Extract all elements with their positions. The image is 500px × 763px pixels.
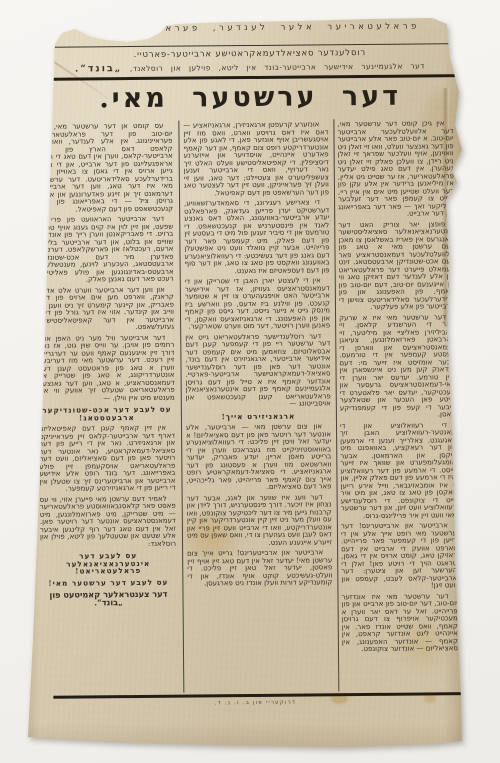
paragraph: אונזערע קרעפטן ארגאניזירן, ארגאניזאציע —…: [183, 121, 329, 197]
paragraph: אין די לעצטע יארן האבן די שטרייקן און די…: [185, 277, 330, 331]
slogan-line: עס לעבע דער אינטערנאציאנאלער פראלעטאריאט…: [40, 552, 176, 576]
signature-line: דער צענטראלער קאמיטעט פון „בונד“.: [40, 591, 176, 607]
paragraph: און ווען דער ארבייטער ווערט אלט אדער קרא…: [38, 286, 174, 332]
slogan-line: עס לעבע דער אכט-שטונדיקער ארבעטסטאג!: [39, 406, 175, 422]
paragraph: דער ערשטער מאי איז א שרעק פאר די הערשנדע…: [339, 314, 456, 420]
imprint-line: דרוקעריי פון ב. ו. נ. ד.: [155, 699, 355, 707]
masthead-slogan: פראלעטאריער אלער לענדער, פעראייניגט אייך…: [40, 21, 460, 35]
paragraph: עס קומט אן דער ערשטער מאי, דער יום-טוב פ…: [36, 123, 173, 214]
paragraph: פופצן יאר צוריק האט דער אינטערנאציאנאלער…: [338, 221, 455, 312]
paragraph: אין גיכן קומט דער ערשטער מאי, דער אלוועל…: [337, 120, 454, 219]
paragraph: דער ארבייטער האראוועט פון פרי ביז שפעט, …: [37, 216, 174, 285]
paragraph: דער וועג איז שווער און לאנג, אבער דער נצ…: [187, 494, 332, 548]
slogan-line: ארגאניזירט אייך!: [186, 412, 331, 421]
slogan-line: עס לעבע דער ערשטער מאי!: [40, 578, 176, 587]
column-left: עס קומט אן דער ערשטער מאי, דער יום-טוב פ…: [36, 123, 177, 694]
paragraph: ארבייטער און ארבייטערינס! דער ערשטער מאי…: [341, 522, 458, 591]
paragraph: די צארישע רעגירונג, די סאמאדערזשאוויע, ד…: [184, 199, 330, 275]
masthead-org-line: דער אלגעמיינער אידישער ארבייטער-בונד אין…: [38, 60, 462, 75]
paragraph: און צום ערשטן מאי — ארבייטער, אלע אונטער…: [186, 423, 332, 492]
column-center: אונזערע קרעפטן ארגאניזירן, ארגאניזאציע —…: [183, 121, 333, 692]
column-right: אין גיכן קומט דער ערשטער מאי, דער אלוועל…: [337, 120, 458, 691]
masthead-org-text: דער אלגעמיינער אידישער ארבייטער-בונד אין…: [130, 61, 425, 73]
masthead-party-line: רוסלענדער סאציאלדעמאקראטישע ארבייטער-פאר…: [60, 47, 440, 60]
paper-sheet: פראלעטאריער אלער לענדער, פעראייניגט אייך…: [0, 0, 500, 763]
paragraph: דער ארבייטער וויל מער ניט האפן אויף רחמי…: [38, 334, 175, 403]
paragraph: לאמיר דעם ערשטן מאי פייערן אזוי, ווי עס …: [40, 495, 176, 549]
masthead-org-name: „בונד“.: [75, 63, 122, 74]
paragraph: ארבייטער און ארבייטערינס! גרייט אייך צום…: [187, 549, 332, 588]
paragraph: די רעוואלוציע און די קאנטער-רעוואלוציע ה…: [340, 422, 457, 521]
page-title: דער ערשטער מאי.: [0, 80, 500, 115]
newspaper-scan: פראלעטאריער אלער לענדער, פעראייניגט אייך…: [0, 0, 500, 763]
page-content: פראלעטאריער אלער לענדער, פעראייניגט אייך…: [0, 0, 500, 763]
paragraph: דער ערשטער מאי איז אונדזער יום-טוב, דער …: [341, 593, 458, 654]
paragraph: דער רוסלענדישער פראלעטאריאט גייט אין דער…: [185, 333, 331, 409]
paragraph: אין זיין קאמף קעגן דעם קאפיטאליזם דארף ד…: [39, 425, 176, 494]
